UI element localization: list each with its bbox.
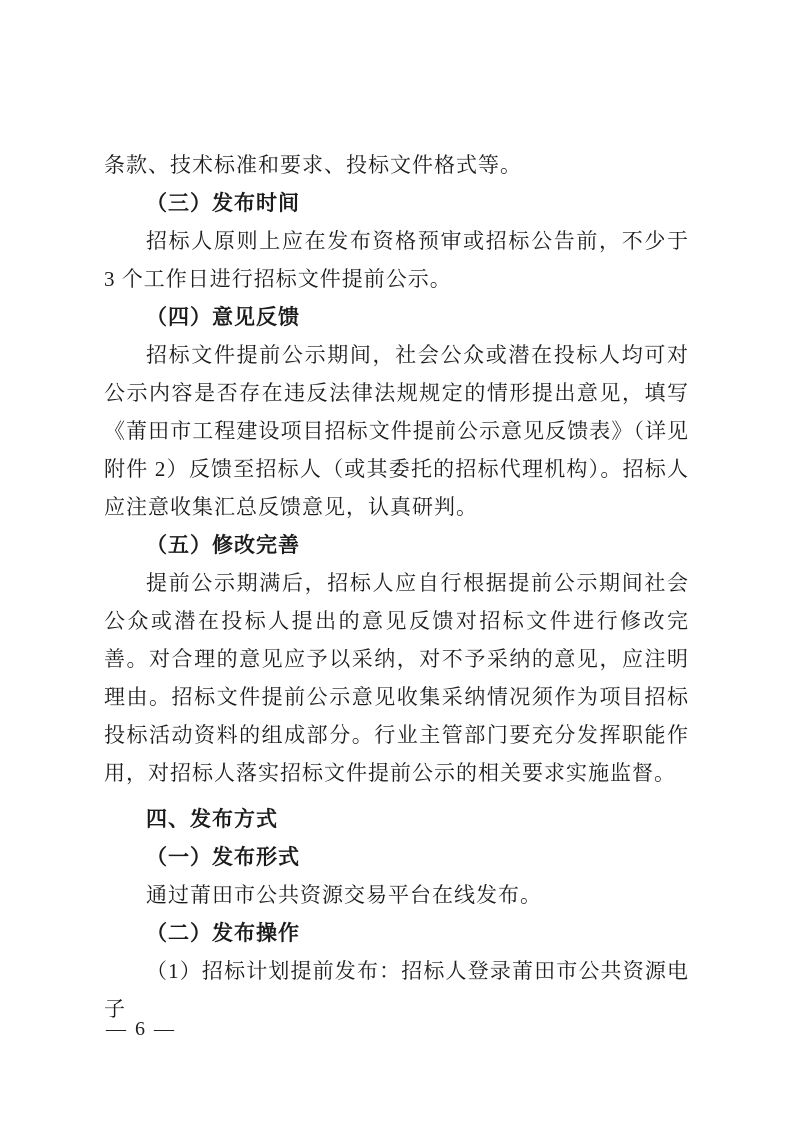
heading-publish-method: 四、发布方式 xyxy=(104,800,689,838)
paragraph-feedback: 招标文件提前公示期间，社会公众或潜在投标人均可对公示内容是否存在违反法律法规规定… xyxy=(104,336,689,526)
paragraph-publish-operation: （1）招标计划提前发布：招标人登录莆田市公共资源电子 xyxy=(104,952,689,1028)
document-page: 条款、技术标准和要求、投标文件格式等。 （三）发布时间 招标人原则上应在发布资格… xyxy=(0,0,793,1122)
subheading-publish-operation: （二）发布操作 xyxy=(104,914,689,952)
paragraph-revision: 提前公示期满后，招标人应自行根据提前公示期间社会公众或潜在投标人提出的意见反馈对… xyxy=(104,564,689,792)
page-number: — 6 — xyxy=(106,1014,176,1044)
paragraph-publish-form: 通过莆田市公共资源交易平台在线发布。 xyxy=(104,876,689,914)
subheading-publish-form: （一）发布形式 xyxy=(104,838,689,876)
subheading-feedback: （四）意见反馈 xyxy=(104,298,689,336)
paragraph-publish-time: 招标人原则上应在发布资格预审或招标公告前，不少于 3 个工作日进行招标文件提前公… xyxy=(104,222,689,298)
document-body: 条款、技术标准和要求、投标文件格式等。 （三）发布时间 招标人原则上应在发布资格… xyxy=(104,146,689,1028)
paragraph-continuation: 条款、技术标准和要求、投标文件格式等。 xyxy=(104,146,689,184)
subheading-publish-time: （三）发布时间 xyxy=(104,184,689,222)
subheading-revision: （五）修改完善 xyxy=(104,526,689,564)
